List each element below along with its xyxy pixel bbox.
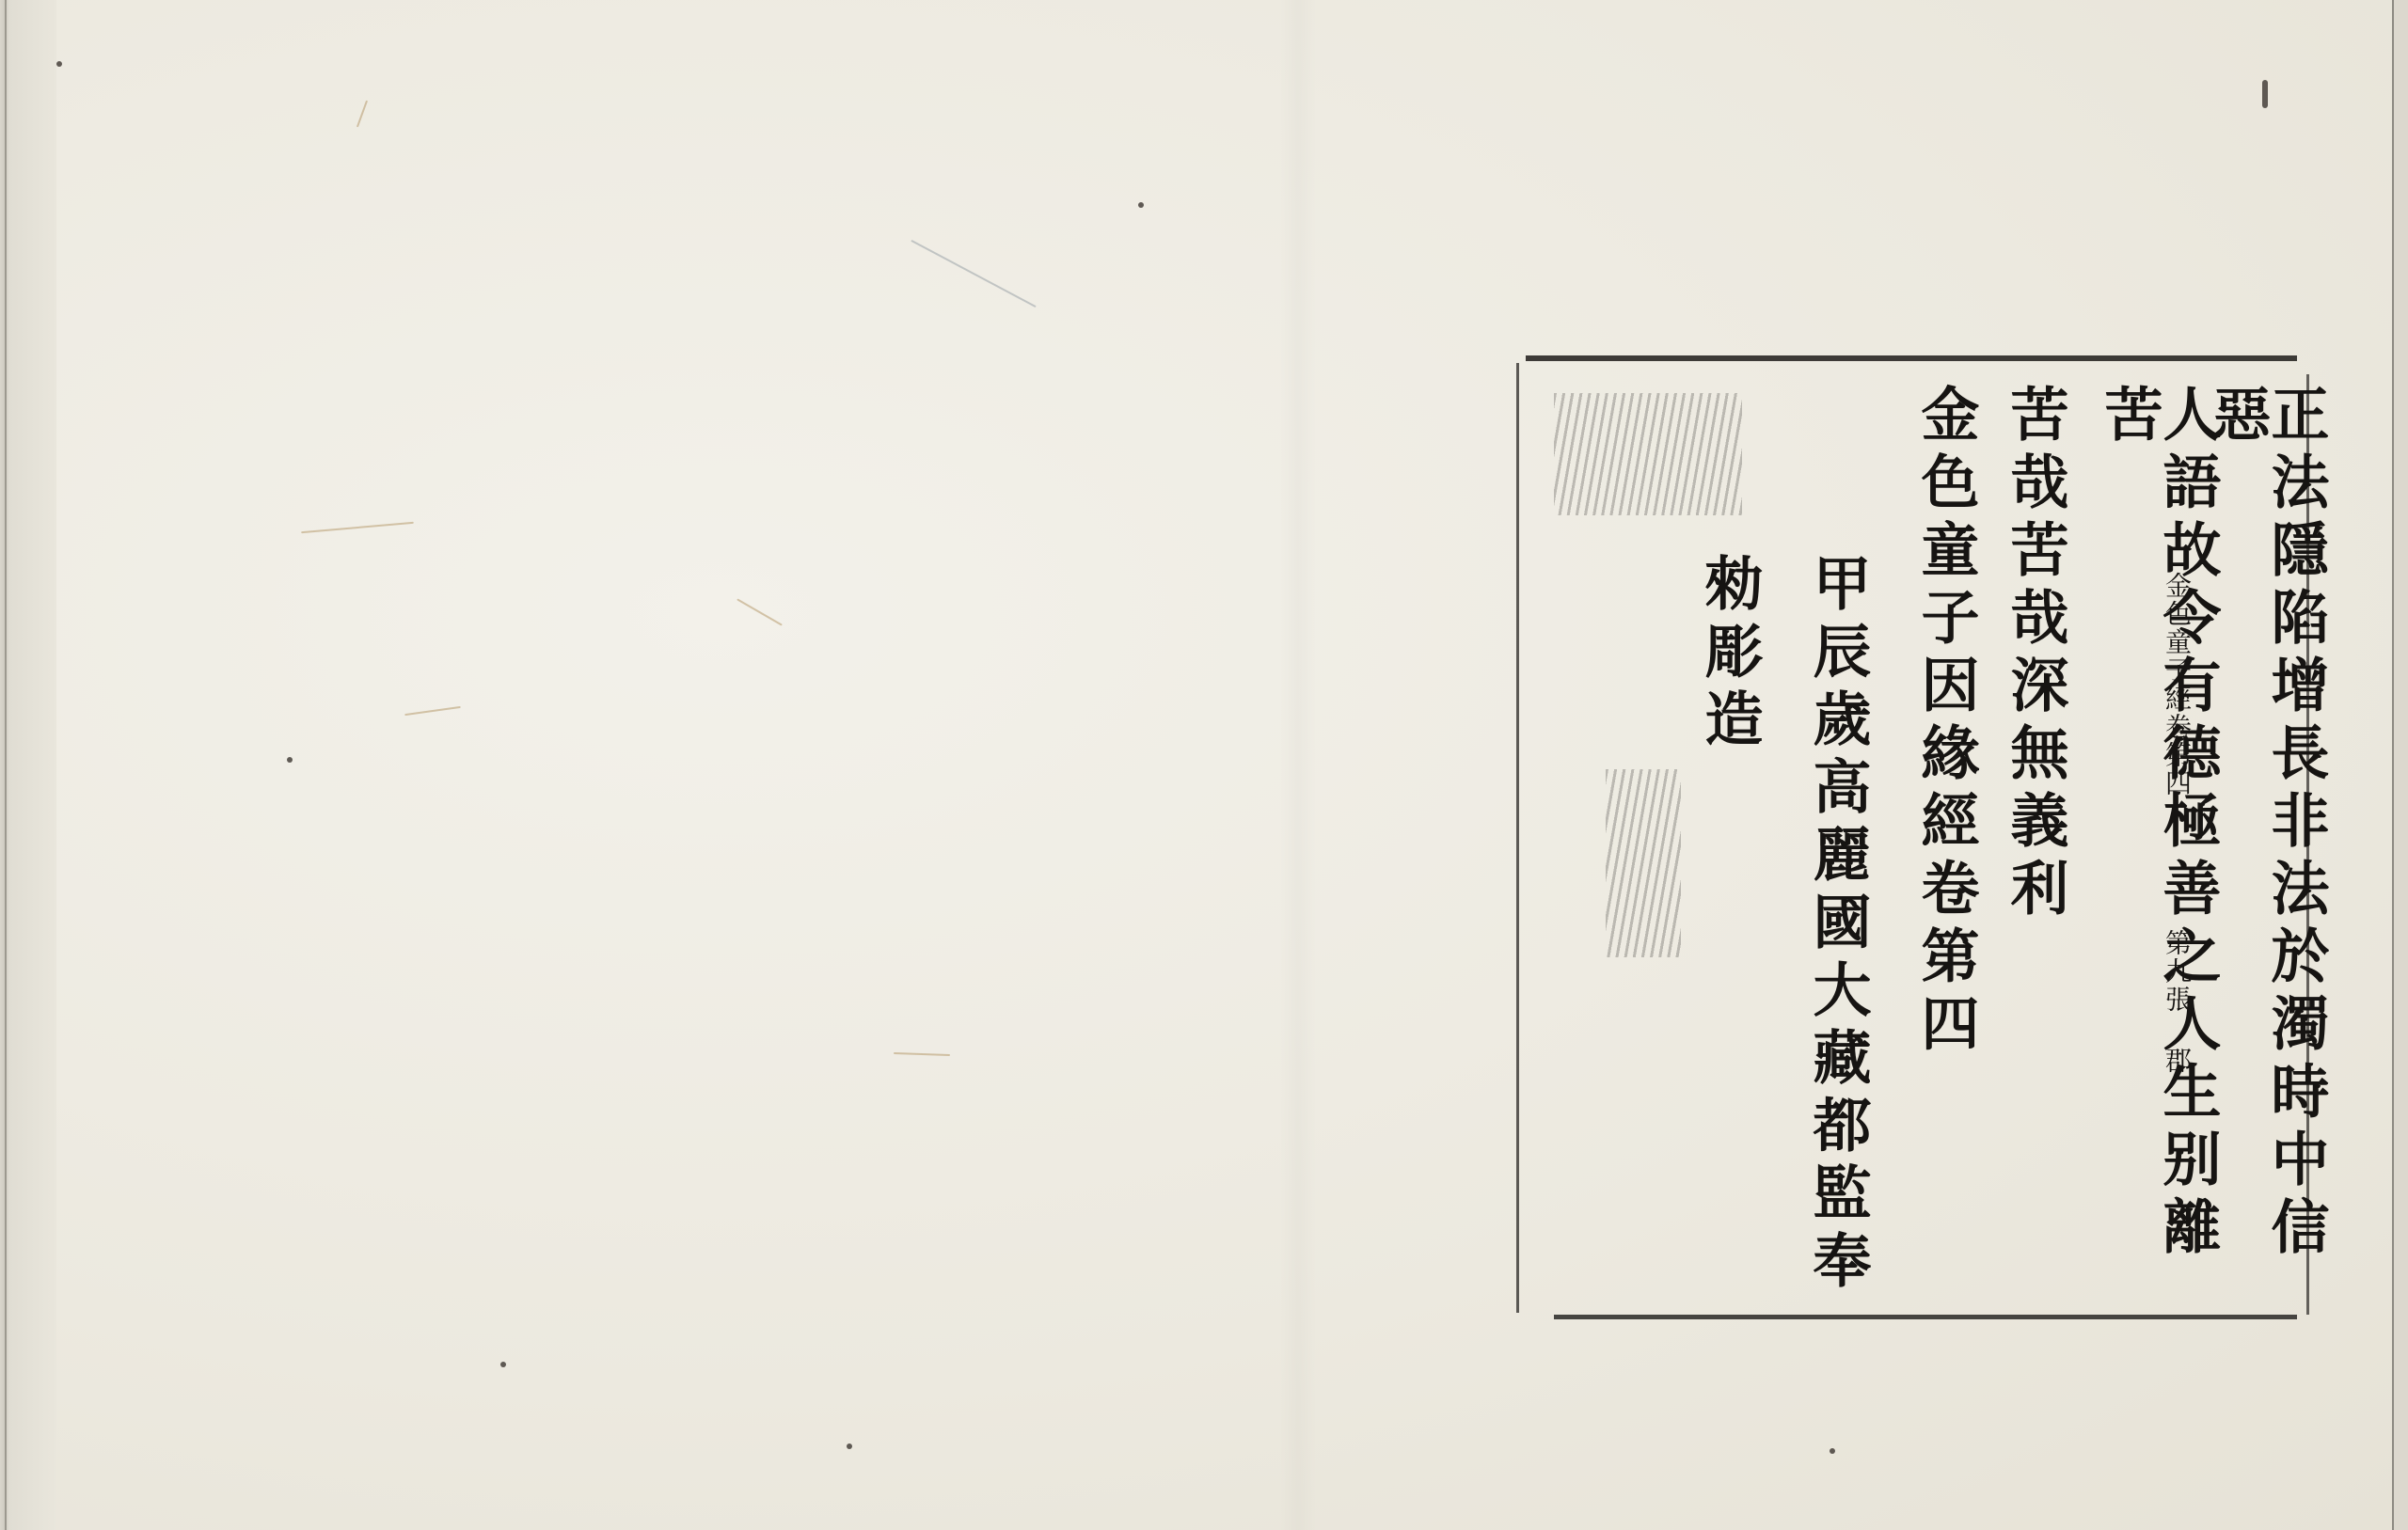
left-page-edge: [0, 0, 56, 1530]
paper-sheet: 正法隱陷增長非法於濁時中信惡 金色童子經卷第四 第九張 郡 人語故令有德極善之人…: [0, 0, 2408, 1530]
colophon-column-1: 甲辰歲高麗國大藏都監奉: [1808, 553, 1866, 1298]
text-column-3: 苦哉苦哉深無義利: [2005, 384, 2064, 925]
text-column-2: 人語故令有德極善之人生别離苦: [2099, 384, 2216, 1319]
right-page-edge: [2392, 0, 2408, 1530]
paper-speck: [500, 1362, 506, 1367]
sutra-title-column: 金色童子因緣經卷第四: [1916, 384, 1974, 1061]
colophon-column-2: 勑彫造: [1700, 553, 1758, 756]
paper-speck: [56, 61, 62, 67]
ink-smudge: [1554, 393, 1742, 515]
paper-fiber: [737, 598, 783, 625]
paper-fiber: [911, 240, 1036, 308]
frame-left-border: [1516, 363, 1519, 1313]
printed-block-frame: 正法隱陷增長非法於濁時中信惡 金色童子經卷第四 第九張 郡 人語故令有德極善之人…: [1516, 355, 2318, 1319]
paper-speck: [2262, 80, 2268, 108]
paper-speck: [1138, 202, 1144, 208]
left-edge-line: [5, 0, 7, 1530]
frame-top-border: [1526, 355, 2297, 361]
paper-fiber: [301, 522, 414, 533]
ink-smudge: [1606, 769, 1681, 957]
paper-speck: [287, 757, 293, 763]
paper-fiber: [356, 101, 368, 128]
page-fold: [1279, 0, 1317, 1530]
paper-fiber: [894, 1052, 950, 1056]
paper-fiber: [404, 706, 461, 716]
paper-speck: [1830, 1448, 1835, 1454]
text-column-1: 正法隱陷增長非法於濁時中信惡: [2208, 384, 2324, 1319]
paper-speck: [847, 1443, 852, 1449]
